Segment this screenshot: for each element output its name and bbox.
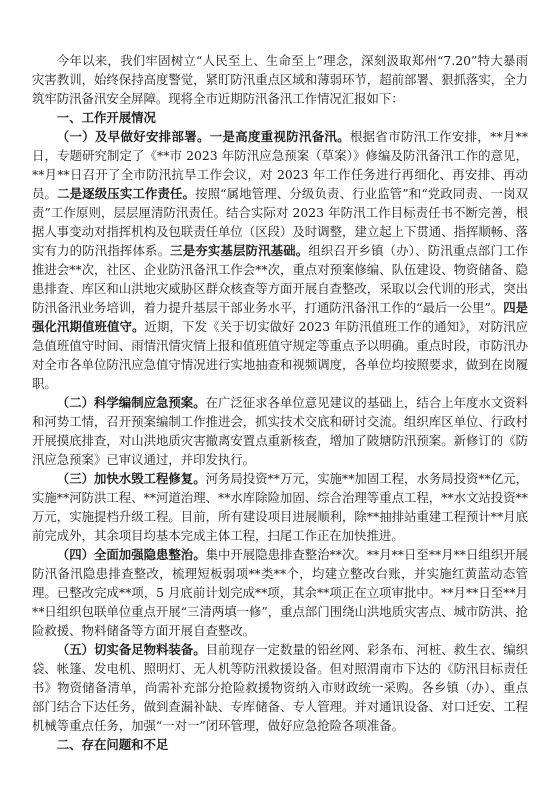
body-paragraph: （五）切实备足物料装备。目前现存一定数量的铅丝网、彩条布、河桩、救生衣、编织袋、… [32, 640, 528, 735]
section-heading: 二、存在问题和不足 [32, 735, 528, 754]
body-paragraph: （四）全面加强隐患整治。集中开展隐患排查整治**次。**月**日至**月**日组… [32, 545, 528, 640]
bold-text-run: 一、工作开展情况 [57, 110, 156, 125]
bold-text-run: （四）全面加强隐患整治。 [57, 547, 206, 562]
bold-text-run: 三是夯实基层防汛基础。 [170, 243, 308, 258]
section-heading: 一、工作开展情况 [32, 108, 528, 127]
document-page: 今年以来，我们牢固树立“人民至上、生命至上”理念，深刻汲取郑州“7.20”特大暴… [0, 0, 560, 793]
body-paragraph: （一）及早做好安排部署。一是高度重视防汛备汛。根据省市防汛工作安排，**月**日… [32, 127, 528, 393]
bold-text-run: 二、存在问题和不足 [57, 737, 169, 752]
document-body: 今年以来，我们牢固树立“人民至上、生命至上”理念，深刻汲取郑州“7.20”特大暴… [32, 51, 528, 754]
bold-text-run: （二）科学编制应急预案。 [57, 395, 206, 410]
text-run: 今年以来，我们牢固树立“人民至上、生命至上”理念，深刻汲取郑州“7.20”特大暴… [32, 53, 528, 106]
bold-text-run: （一）及早做好安排部署。一是高度重视防汛备汛。 [57, 129, 350, 144]
body-paragraph: （二）科学编制应急预案。在广泛征求各单位意见建议的基础上，结合上年度水文资料和河… [32, 393, 528, 469]
bold-text-run: （三）加快水毁工程修复。 [57, 471, 206, 486]
bold-text-run: 二是逐级压实工作责任。 [57, 186, 195, 201]
body-paragraph: 今年以来，我们牢固树立“人民至上、生命至上”理念，深刻汲取郑州“7.20”特大暴… [32, 51, 528, 108]
body-paragraph: （三）加快水毁工程修复。河务局投资**万元，实施**加固工程，水务局投资**亿元… [32, 469, 528, 545]
bold-text-run: （五）切实备足物料装备。 [57, 642, 206, 657]
